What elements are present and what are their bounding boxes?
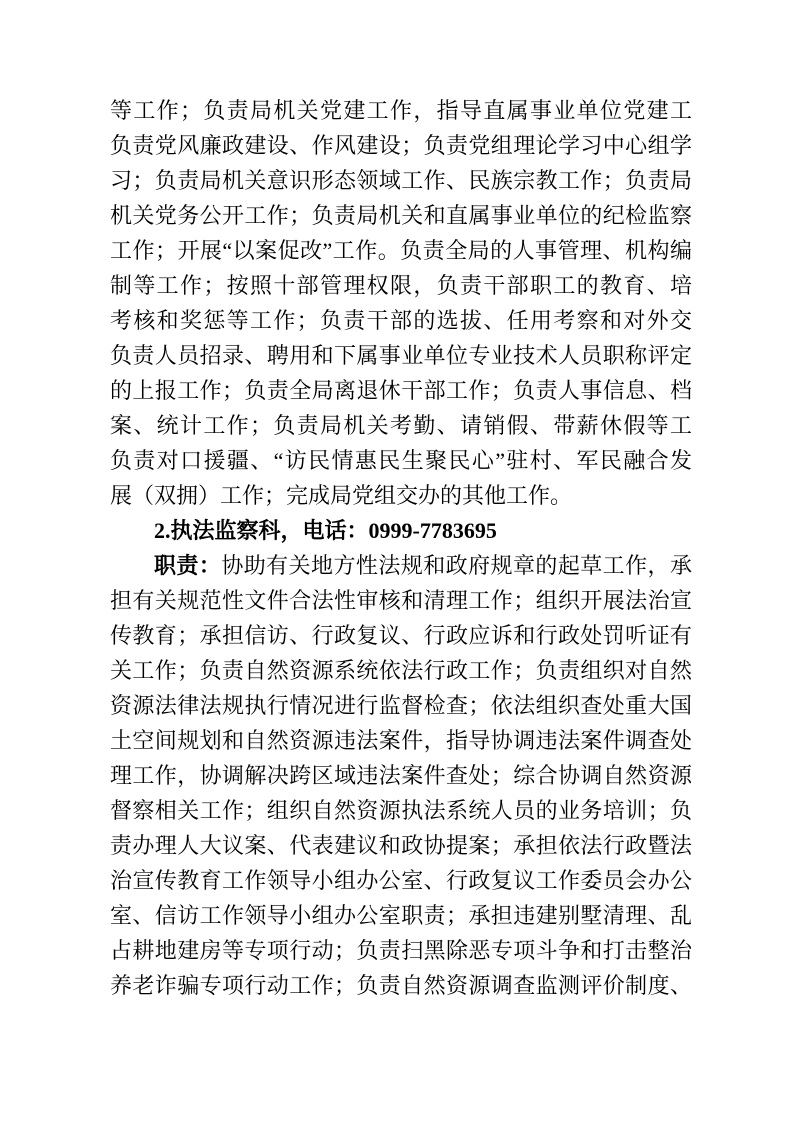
paragraph-1: 等工作；负责局机关党建工作，指导直属事业单位党建工作；负责党风廉政建设、作风建设… bbox=[110, 93, 692, 478]
body-line: 习；负责局机关意识形态领域工作、民族宗教工作；负责局 bbox=[110, 163, 692, 198]
paragraph-1-last-line: 展（双拥）工作；完成局党组交办的其他工作。 bbox=[110, 478, 692, 513]
body-line: 的上报工作；负责全局离退休干部工作；负责人事信息、档 bbox=[110, 373, 692, 408]
body-line: 担有关规范性文件合法性审核和清理工作；组织开展法治宣 bbox=[110, 583, 692, 618]
body-line: 工作；开展“以案促改”工作。负责全局的人事管理、机构编 bbox=[110, 233, 692, 268]
body-line: 占耕地建房等专项行动；负责扫黑除恶专项斗争和打击整治 bbox=[110, 933, 692, 968]
body-line: 案、统计工作；负责局机关考勤、请销假、带薪休假等工作； bbox=[110, 408, 692, 443]
body-line: 机关党务公开工作；负责局机关和直属事业单位的纪检监察 bbox=[110, 198, 692, 233]
body-line: 负责对口援疆、“访民情惠民生聚民心”驻村、军民融合发 bbox=[110, 443, 692, 478]
body-line: 关工作；负责自然资源系统依法行政工作；负责组织对自然 bbox=[110, 653, 692, 688]
body-line: 土空间规划和自然资源违法案件，指导协调违法案件调查处 bbox=[110, 723, 692, 758]
document-page: 等工作；负责局机关党建工作，指导直属事业单位党建工作；负责党风廉政建设、作风建设… bbox=[0, 0, 793, 1122]
body-line: 责办理人大议案、代表建议和政协提案；承担依法行政暨法 bbox=[110, 828, 692, 863]
duty-label: 职责： bbox=[154, 553, 221, 578]
body-line: 考核和奖惩等工作；负责干部的选拔、任用考察和对外交流； bbox=[110, 303, 692, 338]
body-line: 督察相关工作；组织自然资源执法系统人员的业务培训；负 bbox=[110, 793, 692, 828]
paragraph-2: 担有关规范性文件合法性审核和清理工作；组织开展法治宣传教育；承担信访、行政复议、… bbox=[110, 583, 692, 1003]
body-line: 室、信访工作领导小组办公室职责；承担违建别墅清理、乱 bbox=[110, 898, 692, 933]
section-heading: 2.执法监察科，电话：0999-7783695 bbox=[110, 513, 692, 548]
body-line: 治宣传教育工作领导小组办公室、行政复议工作委员会办公 bbox=[110, 863, 692, 898]
paragraph-2-first-line-text: 协助有关地方性法规和政府规章的起草工作，承 bbox=[221, 553, 692, 578]
paragraph-2-first-line: 职责：协助有关地方性法规和政府规章的起草工作，承 bbox=[110, 548, 692, 583]
document-text-block: 等工作；负责局机关党建工作，指导直属事业单位党建工作；负责党风廉政建设、作风建设… bbox=[110, 93, 692, 1003]
body-line: 养老诈骗专项行动工作；负责自然资源调查监测评价制度、 bbox=[110, 968, 692, 1003]
body-line: 资源法律法规执行情况进行监督检查；依法组织查处重大国 bbox=[110, 688, 692, 723]
body-line: 等工作；负责局机关党建工作，指导直属事业单位党建工作； bbox=[110, 93, 692, 128]
body-line: 理工作，协调解决跨区域违法案件查处；综合协调自然资源 bbox=[110, 758, 692, 793]
body-line: 负责人员招录、聘用和下属事业单位专业技术人员职称评定 bbox=[110, 338, 692, 373]
body-line: 负责党风廉政建设、作风建设；负责党组理论学习中心组学 bbox=[110, 128, 692, 163]
body-line: 传教育；承担信访、行政复议、行政应诉和行政处罚听证有 bbox=[110, 618, 692, 653]
body-line: 制等工作；按照十部管理权限，负责干部职工的教育、培训、 bbox=[110, 268, 692, 303]
